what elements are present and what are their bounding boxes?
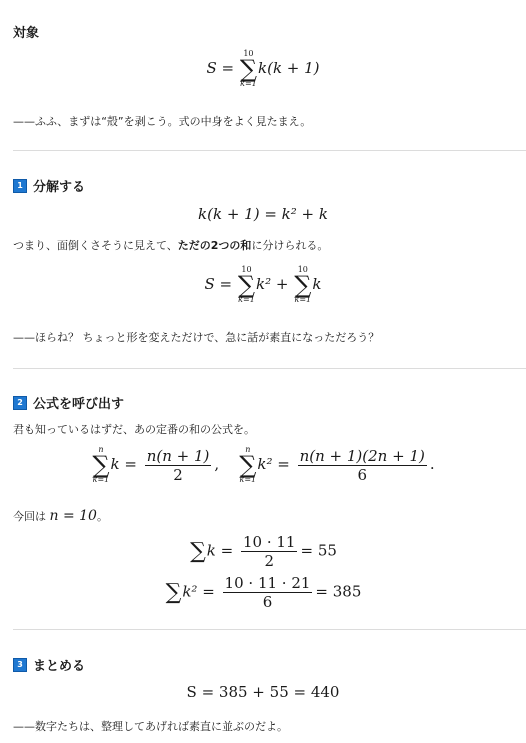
intro-formula: S = 10 ∑ k=1 k(k + 1) xyxy=(13,50,513,88)
denominator: 6 xyxy=(357,466,367,484)
section-2-text-2: 今回は n = 10。 xyxy=(13,508,108,524)
bold-text: ただの2つの和 xyxy=(178,239,252,252)
numerator: 10 · 11 xyxy=(241,533,297,552)
intro-heading-text: 対象 xyxy=(13,22,39,41)
formula-lhs: S xyxy=(205,275,215,293)
text-part: 今回は xyxy=(13,510,46,523)
sigma-icon: ∑ xyxy=(240,58,257,80)
section-1-formula-1: k(k + 1) = k² + k xyxy=(13,205,513,223)
summation: 10 ∑ k=1 xyxy=(294,266,311,304)
result: = 55 xyxy=(300,542,336,560)
sum-lower: k=1 xyxy=(240,80,257,88)
fraction: n(n + 1) 2 xyxy=(145,447,212,484)
intro-text: ——ふふ、まずは“殻”を剥こう。式の中身をよく見たまえ。 xyxy=(13,113,311,129)
sigma-icon: ∑ xyxy=(294,274,311,296)
result: = 385 xyxy=(315,583,361,601)
text-part: 。 xyxy=(97,510,108,523)
term: k² xyxy=(257,455,272,473)
fraction: 10 · 11 · 21 6 xyxy=(223,574,313,611)
fraction: 10 · 11 2 xyxy=(241,533,297,570)
text-part: つまり、面倒くさそうに見えて、 xyxy=(13,239,178,252)
section-3-text: ——数字たちは、整理してあげれば素直に並ぶのだよ。 xyxy=(13,718,288,734)
numerator: n(n + 1) xyxy=(145,447,212,466)
sum-lower: k=1 xyxy=(93,476,110,484)
calc-sum-k: ∑k = 10 · 11 2 = 55 xyxy=(13,533,513,570)
denominator: 2 xyxy=(173,466,183,484)
section-2-formula: n ∑ k=1 k = n(n + 1) 2 , n ∑ k=1 k² = n(… xyxy=(13,446,513,484)
summation: 10 ∑ k=1 xyxy=(238,266,255,304)
term: k xyxy=(312,275,321,293)
final-formula: S = 385 + 55 = 440 xyxy=(187,683,340,701)
section-2-text: 君も知っているはずだ、あの定番の和の公式を。 xyxy=(13,421,255,437)
sigma-icon: ∑ xyxy=(238,274,255,296)
intro-heading: 対象 xyxy=(13,22,39,41)
summation: 10 ∑ k=1 xyxy=(240,50,257,88)
sigma-icon: ∑ xyxy=(92,454,109,476)
step-badge-1: 1 xyxy=(13,179,27,193)
term: k² xyxy=(256,275,271,293)
section-1-title: 分解する xyxy=(33,176,85,195)
section-1-text-2: ——ほらね？ ちょっと形を変えただけで、急に話が素直になっただろう？ xyxy=(13,329,379,345)
sum-lower: k=1 xyxy=(238,296,255,304)
calc-sum-k2: ∑k² = 10 · 11 · 21 6 = 385 xyxy=(13,574,513,611)
fraction: n(n + 1)(2n + 1) 6 xyxy=(298,447,427,484)
section-3-formula: S = 385 + 55 = 440 xyxy=(13,683,513,701)
summation: ∑ xyxy=(190,541,206,563)
term: k xyxy=(111,455,120,473)
sum-lower: k=1 xyxy=(240,476,257,484)
section-1-heading: 1 分解する xyxy=(13,176,85,195)
sum-lower: k=1 xyxy=(295,296,312,304)
sigma-icon: ∑ xyxy=(190,541,206,563)
section-2-heading: 2 公式を呼び出す xyxy=(13,393,124,412)
section-2-title: 公式を呼び出す xyxy=(33,393,124,412)
numerator: n(n + 1)(2n + 1) xyxy=(298,447,427,466)
summation: ∑ xyxy=(166,582,182,604)
numerator: 10 · 11 · 21 xyxy=(223,574,313,593)
summand: k(k + 1) xyxy=(258,59,320,77)
expansion-formula: k(k + 1) = k² + k xyxy=(198,205,328,223)
sigma-icon: ∑ xyxy=(239,454,256,476)
denominator: 2 xyxy=(264,552,274,570)
sigma-icon: ∑ xyxy=(166,582,182,604)
step-badge-2: 2 xyxy=(13,396,27,410)
term: k xyxy=(207,542,216,560)
section-1-formula-2: S = 10 ∑ k=1 k² + 10 ∑ k=1 k xyxy=(13,266,513,304)
step-badge-3: 3 xyxy=(13,658,27,672)
section-3-heading: 3 まとめる xyxy=(13,655,85,674)
term: k² xyxy=(182,583,197,601)
divider xyxy=(13,150,526,151)
divider xyxy=(13,629,526,630)
text-part: に分けられる。 xyxy=(251,239,328,252)
section-1-text: つまり、面倒くさそうに見えて、ただの2つの和に分けられる。 xyxy=(13,237,328,253)
inline-math: n = 10 xyxy=(50,508,97,524)
summation: n ∑ k=1 xyxy=(92,446,109,484)
denominator: 6 xyxy=(263,593,273,611)
section-3-title: まとめる xyxy=(33,655,85,674)
formula-lhs: S xyxy=(206,59,216,77)
summation: n ∑ k=1 xyxy=(239,446,256,484)
divider xyxy=(13,368,526,369)
